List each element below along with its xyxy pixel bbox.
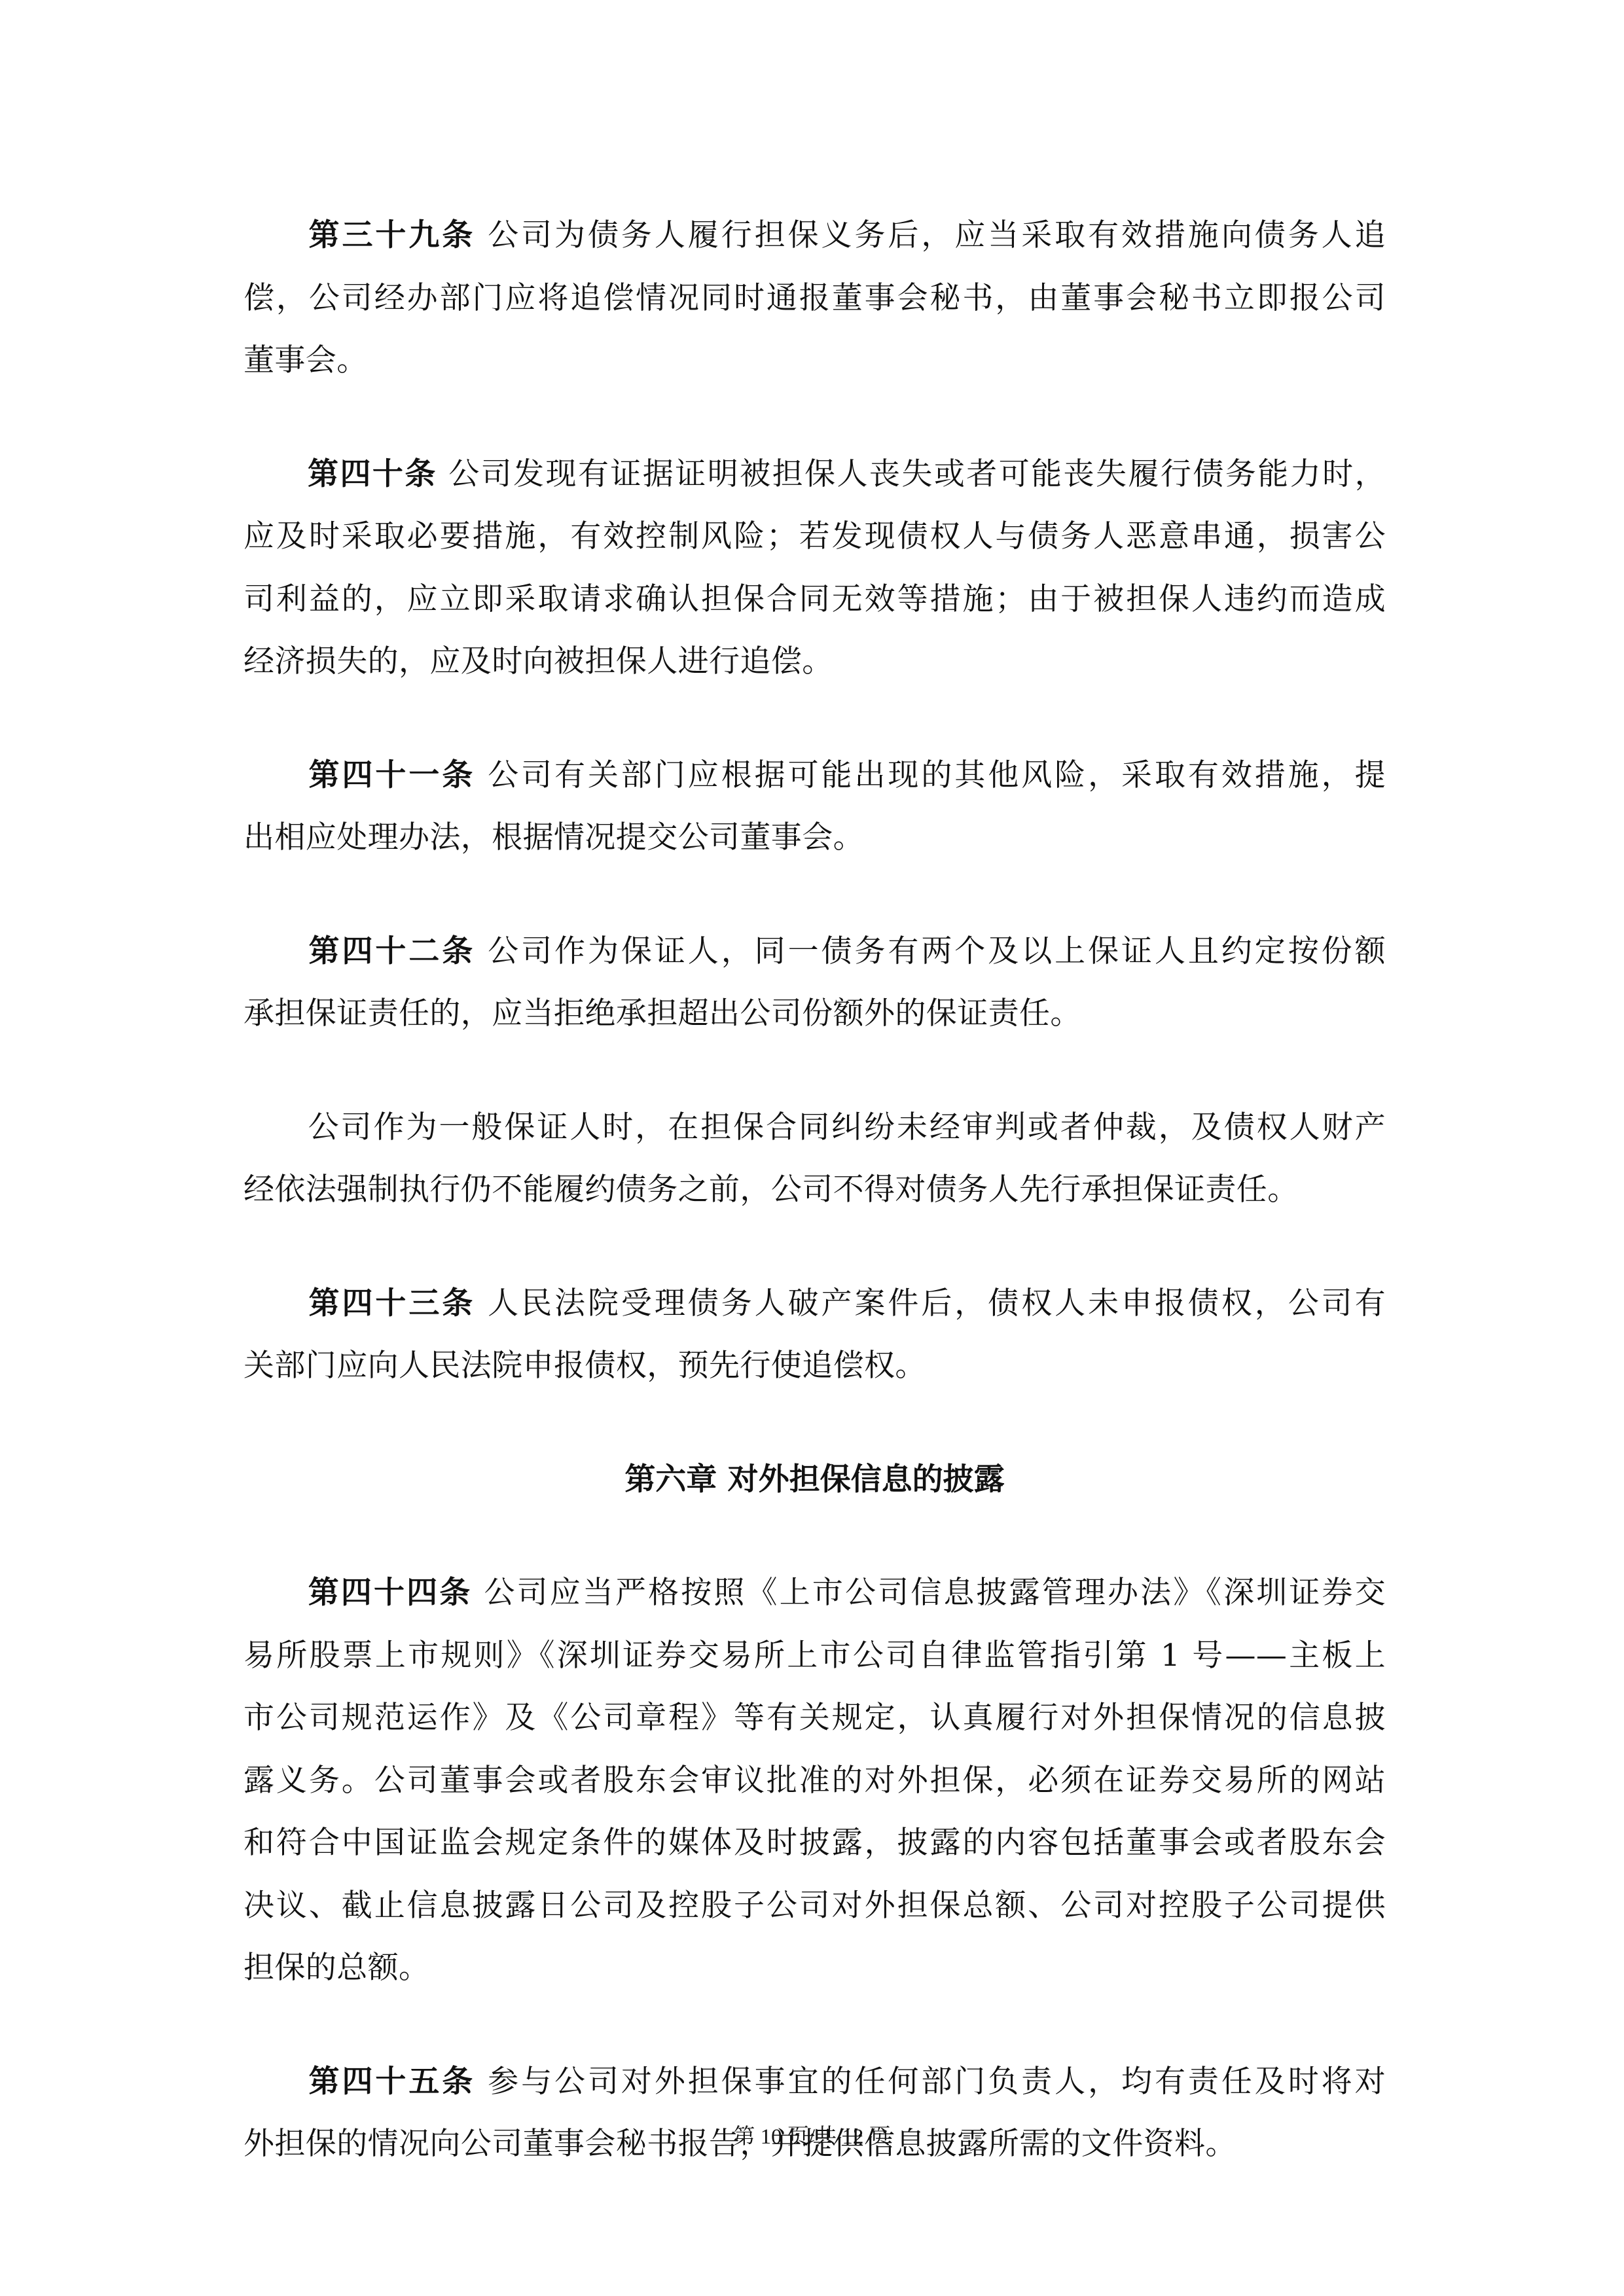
article-text: 公司有关部门应根据可能出现的其他风险，采取有效措施，提 <box>488 757 1386 793</box>
article-text: 应及时采取必要措施，有效控制风险；若发现债权人与债务人恶意串通，损害公 <box>244 505 1386 568</box>
paragraph-text: 公司作为一般保证人时，在担保合同纠纷未经审判或者仲裁，及债权人财产 <box>306 1109 1386 1145</box>
article-text: 露义务。公司董事会或者股东会审议批准的对外担保，必须在证券交易所的网站 <box>244 1749 1386 1812</box>
article-text: 经济损失的，应及时向被担保人进行追偿。 <box>244 630 1386 693</box>
article-39: 第三十九条 公司为债务人履行担保义务后，应当采取有效措施向债务人追 偿，公司经办… <box>244 204 1386 392</box>
paragraph-general-guarantor: 公司作为一般保证人时，在担保合同纠纷未经审判或者仲裁，及债权人财产 经依法强制执… <box>244 1096 1386 1221</box>
article-number: 第四十二条 <box>306 933 475 969</box>
article-text: 参与公司对外担保事宜的任何部门负责人，均有责任及时将对 <box>488 2064 1386 2100</box>
article-text: 出相应处理办法，根据情况提交公司董事会。 <box>244 806 1386 869</box>
document-page: 第三十九条 公司为债务人履行担保义务后，应当采取有效措施向债务人追 偿，公司经办… <box>0 0 1624 2296</box>
article-number: 第三十九条 <box>306 217 475 253</box>
article-number: 第四十五条 <box>306 2064 475 2100</box>
article-40: 第四十条 公司发现有证据证明被担保人丧失或者可能丧失履行债务能力时， 应及时采取… <box>244 443 1386 693</box>
article-text: 和符合中国证监会规定条件的媒体及时披露，披露的内容包括董事会或者股东会 <box>244 1812 1386 1874</box>
article-text: 承担保证责任的，应当拒绝承担超出公司份额外的保证责任。 <box>244 982 1386 1045</box>
article-number: 第四十一条 <box>306 757 475 793</box>
article-text: 董事会。 <box>244 329 1386 392</box>
article-text: 公司发现有证据证明被担保人丧失或者可能丧失履行债务能力时， <box>448 456 1386 492</box>
article-41: 第四十一条 公司有关部门应根据可能出现的其他风险，采取有效措施，提 出相应处理办… <box>244 744 1386 869</box>
article-text: 决议、截止信息披露日公司及控股子公司对外担保总额、公司对控股子公司提供 <box>244 1874 1386 1937</box>
page-number-footer: 第 10 页/共 12 页 <box>0 2119 1624 2150</box>
article-45: 第四十五条 参与公司对外担保事宜的任何部门负责人，均有责任及时将对 外担保的情况… <box>244 2051 1386 2176</box>
article-number: 第四十四条 <box>306 1575 472 1611</box>
article-text: 公司为债务人履行担保义务后，应当采取有效措施向债务人追 <box>488 217 1386 253</box>
article-43: 第四十三条 人民法院受理债务人破产案件后，债权人未申报债权，公司有 关部门应向人… <box>244 1272 1386 1397</box>
article-text: 人民法院受理债务人破产案件后，债权人未申报债权，公司有 <box>488 1285 1386 1321</box>
article-44: 第四十四条 公司应当严格按照《上市公司信息披露管理办法》《深圳证券交 易所股票上… <box>244 1562 1386 2000</box>
article-text: 关部门应向人民法院申报债权，预先行使追偿权。 <box>244 1335 1386 1397</box>
chapter-heading: 第六章 对外担保信息的披露 <box>244 1448 1386 1511</box>
paragraph-text: 经依法强制执行仍不能履约债务之前，公司不得对债务人先行承担保证责任。 <box>244 1158 1386 1221</box>
article-text: 易所股票上市规则》《深圳证券交易所上市公司自律监管指引第 1 号——主板上 <box>244 1624 1386 1687</box>
article-text: 担保的总额。 <box>244 1937 1386 2000</box>
article-text: 司利益的，应立即采取请求确认担保合同无效等措施；由于被担保人违约而造成 <box>244 568 1386 631</box>
article-text: 市公司规范运作》及《公司章程》等有关规定，认真履行对外担保情况的信息披 <box>244 1687 1386 1749</box>
article-text: 偿，公司经办部门应将追偿情况同时通报董事会秘书，由董事会秘书立即报公司 <box>244 267 1386 330</box>
article-number: 第四十条 <box>306 456 437 492</box>
article-text: 公司作为保证人，同一债务有两个及以上保证人且约定按份额 <box>488 933 1386 969</box>
article-42: 第四十二条 公司作为保证人，同一债务有两个及以上保证人且约定按份额 承担保证责任… <box>244 920 1386 1045</box>
document-body: 第三十九条 公司为债务人履行担保义务后，应当采取有效措施向债务人追 偿，公司经办… <box>244 204 1386 2227</box>
article-text: 公司应当严格按照《上市公司信息披露管理办法》《深圳证券交 <box>484 1575 1386 1611</box>
article-number: 第四十三条 <box>306 1285 475 1321</box>
